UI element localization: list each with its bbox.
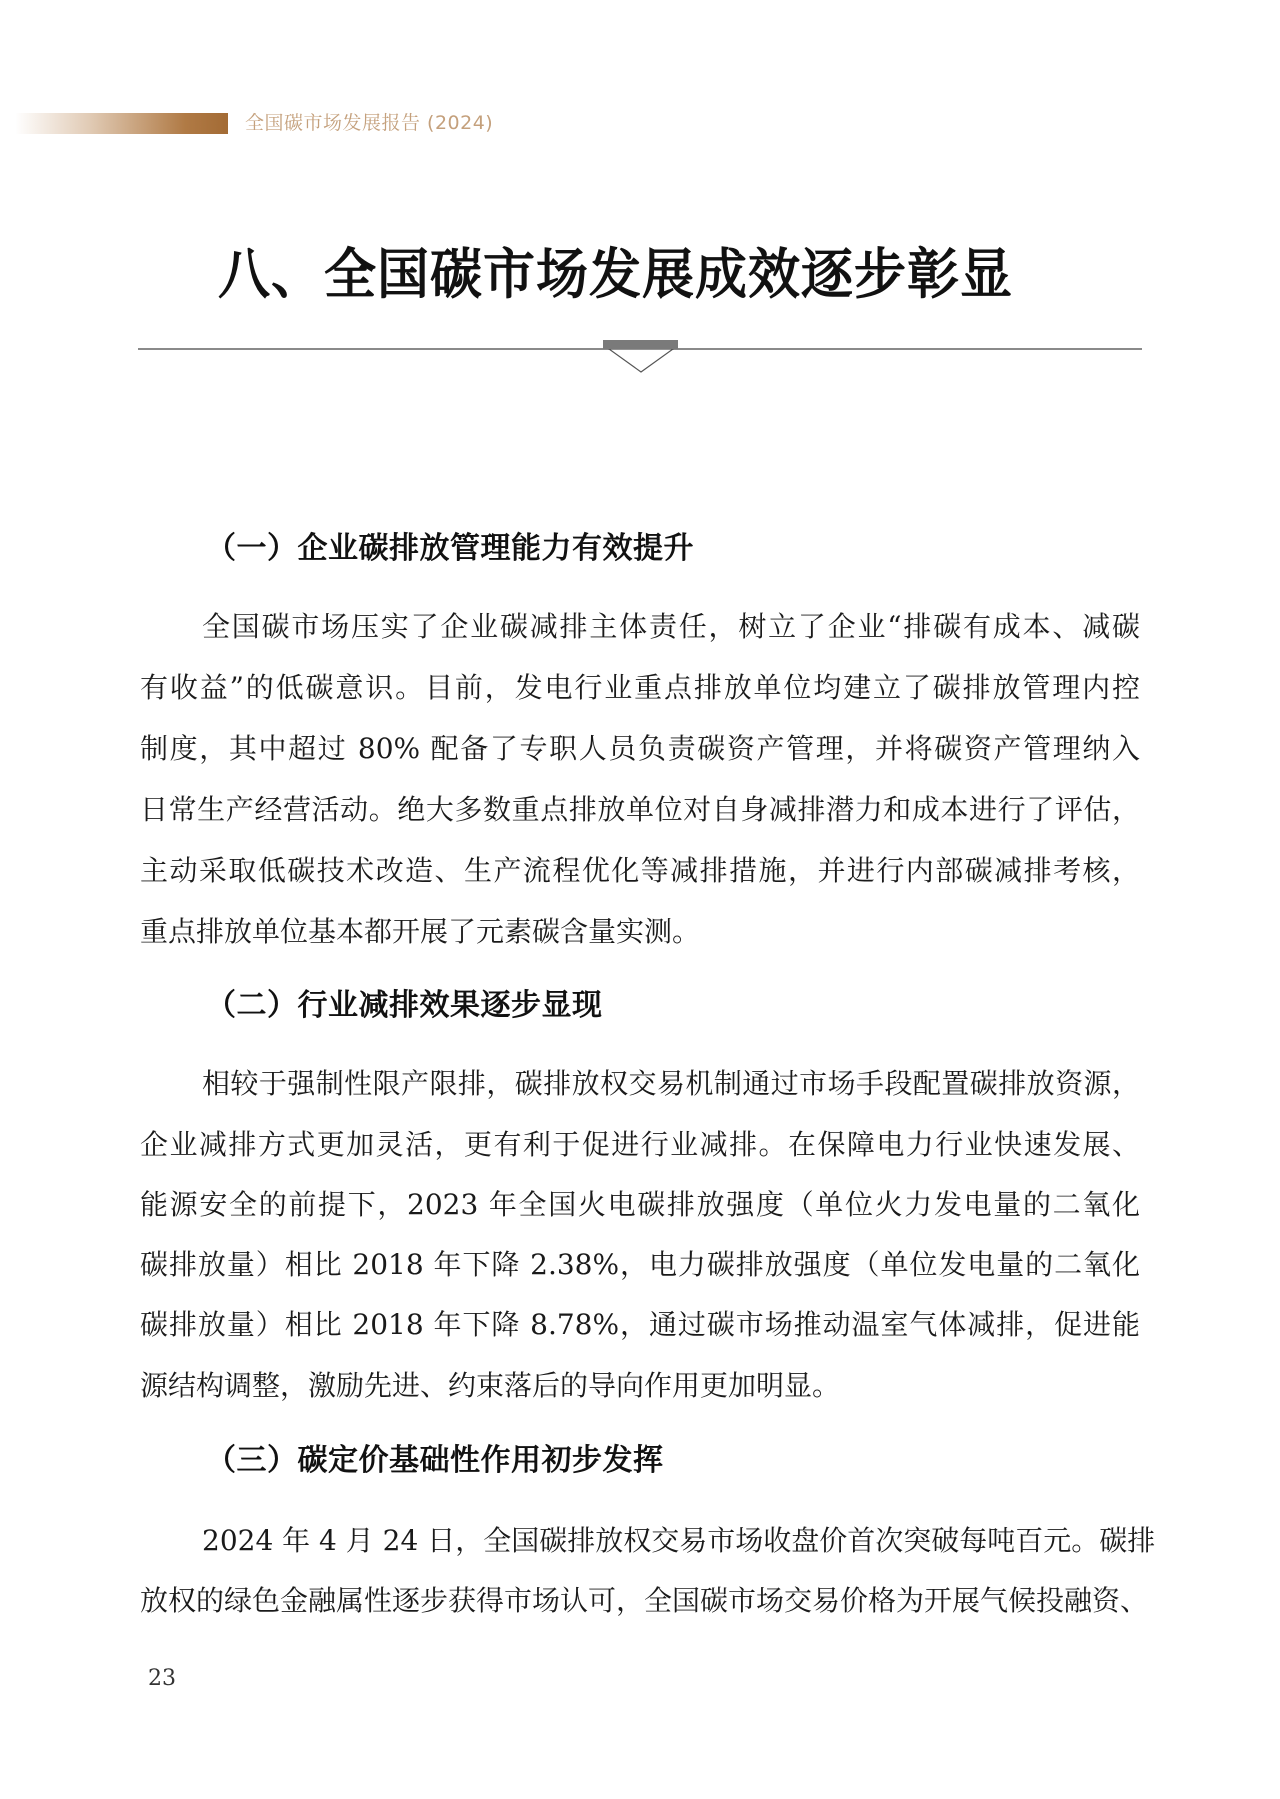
paragraph-line: 全国碳市场压实了企业碳减排主体责任，树立了企业“排碳有成本、减碳 — [202, 610, 1140, 644]
page-number: 23 — [148, 1666, 176, 1692]
chapter-title: 八、全国碳市场发展成效逐步彰显 — [218, 238, 1078, 312]
section-heading-3: （三）碳定价基础性作用初步发挥 — [206, 1443, 664, 1479]
paragraph-line: 企业减排方式更加灵活，更有利于促进行业减排。在保障电力行业快速发展、 — [140, 1128, 1140, 1162]
paragraph-line: 能源安全的前提下，2023 年全国火电碳排放强度（单位火力发电量的二氧化 — [140, 1188, 1140, 1222]
paragraph-line: 碳排放量）相比 2018 年下降 8.78%，通过碳市场推动温室气体减排，促进能 — [140, 1308, 1140, 1342]
paragraph-line: 有收益”的低碳意识。目前，发电行业重点排放单位均建立了碳排放管理内控 — [140, 671, 1140, 705]
paragraph-line: 主动采取低碳技术改造、生产流程优化等减排措施，并进行内部碳减排考核， — [140, 854, 1140, 888]
paragraph-line: 制度，其中超过 80% 配备了专职人员负责碳资产管理，并将碳资产管理纳入 — [140, 732, 1140, 766]
section-heading-1: （一）企业碳排放管理能力有效提升 — [206, 531, 694, 567]
paragraph-line: 放权的绿色金融属性逐步获得市场认可，全国碳市场交易价格为开展气候投融资、 — [140, 1584, 1140, 1618]
divider-ornament-band — [603, 340, 678, 349]
paragraph-line: 源结构调整，激励先进、约束落后的导向作用更加明显。 — [140, 1369, 1140, 1403]
running-header-title: 全国碳市场发展报告 (2024) — [245, 110, 493, 136]
paragraph-line: 碳排放量）相比 2018 年下降 2.38%，电力碳排放强度（单位发电量的二氧化 — [140, 1248, 1140, 1282]
paragraph-line: 2024 年 4 月 24 日，全国碳排放权交易市场收盘价首次突破每吨百元。碳排 — [202, 1524, 1140, 1558]
paragraph-line: 相较于强制性限产限排，碳排放权交易机制通过市场手段配置碳排放资源， — [202, 1067, 1140, 1101]
section-heading-2: （二）行业减排效果逐步显现 — [206, 988, 603, 1024]
paragraph-line: 重点排放单位基本都开展了元素碳含量实测。 — [140, 915, 1140, 949]
header-accent-bar — [15, 113, 228, 134]
paragraph-line: 日常生产经营活动。绝大多数重点排放单位对自身减排潜力和成本进行了评估， — [140, 793, 1140, 827]
